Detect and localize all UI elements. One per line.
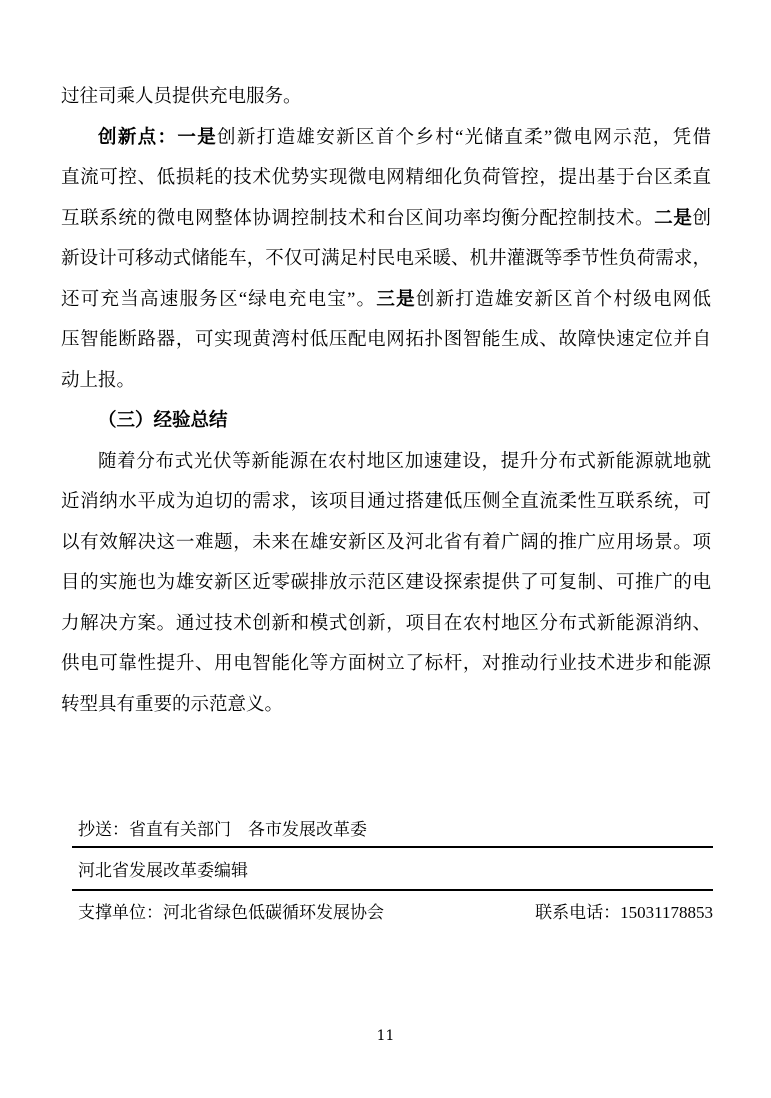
paragraph-innovation-points: 创新点：一是创新打造雄安新区首个乡村“光储直柔”微电网示范，凭借直流可控、低损耗…	[61, 118, 711, 402]
text-line: 直流可控、低损耗的技术优势实现微电网精细化负荷管控，提出基于台区柔直	[61, 158, 711, 199]
text-segment: 目的实施也为雄安新区近零碳排放示范区建设探索提供了可复制、可推广的电	[61, 573, 711, 593]
text-segment: 以有效解决这一难题，未来在雄安新区及河北省有着广阔的推广应用场景。项	[61, 533, 711, 553]
text-line: 过往司乘人员提供充电服务。	[61, 77, 711, 118]
heading-experience-summary: （三）经验总结	[61, 401, 711, 442]
text-segment: 直流可控、低损耗的技术优势实现微电网精细化负荷管控，提出基于台区柔直	[61, 168, 711, 188]
text-segment: 过往司乘人员提供充电服务。	[61, 87, 302, 107]
text-line: 目的实施也为雄安新区近零碳排放示范区建设探索提供了可复制、可推广的电	[61, 563, 711, 604]
text-segment: 创	[692, 209, 711, 229]
text-segment: 供电可靠性提升、用电智能化等方面树立了标杆，对推动行业技术进步和能源	[61, 654, 711, 674]
text-line: 互联系统的微电网整体协调控制技术和台区间功率均衡分配控制技术。二是创	[61, 199, 711, 240]
bold-text-segment: 创新点：一是	[98, 128, 217, 148]
text-segment: 创新打造雄安新区首个乡村“光储直柔”微电网示范，凭借	[217, 128, 711, 148]
text-line: （三）经验总结	[61, 401, 711, 442]
text-line: 转型具有重要的示范意义。	[61, 685, 711, 726]
footer-contact-phone-text: 联系电话：15031178853	[535, 898, 713, 923]
text-segment: 力解决方案。通过技术创新和模式创新，项目在农村地区分布式新能源消纳、	[61, 614, 711, 634]
document-footer: 抄送：省直有关部门 各市发展改革委 河北省发展改革委编辑 支撑单位：河北省绿色低…	[72, 808, 713, 929]
paragraph-experience-summary: 随着分布式光伏等新能源在农村地区加速建设，提升分布式新能源就地就近消纳水平成为迫…	[61, 442, 711, 726]
page-number: 11	[0, 1028, 771, 1044]
document-body: 过往司乘人员提供充电服务。创新点：一是创新打造雄安新区首个乡村“光储直柔”微电网…	[61, 77, 711, 725]
text-line: 创新点：一是创新打造雄安新区首个乡村“光储直柔”微电网示范，凭借	[61, 118, 711, 159]
document-page: 过往司乘人员提供充电服务。创新点：一是创新打造雄安新区首个乡村“光储直柔”微电网…	[0, 0, 771, 1098]
text-line: 力解决方案。通过技术创新和模式创新，项目在农村地区分布式新能源消纳、	[61, 604, 711, 645]
text-line: 新设计可移动式储能车，不仅可满足村民电采暖、机井灌溉等季节性负荷需求，	[61, 239, 711, 280]
text-segment: 新设计可移动式储能车，不仅可满足村民电采暖、机井灌溉等季节性负荷需求，	[61, 249, 711, 269]
footer-support-line: 支撑单位：河北省绿色低碳循环发展协会 联系电话：15031178853	[72, 891, 713, 929]
text-segment: 转型具有重要的示范意义。	[61, 695, 283, 715]
footer-editor-line: 河北省发展改革委编辑	[72, 848, 713, 891]
text-segment: 还可充当高速服务区“绿电充电宝”。	[61, 290, 376, 310]
text-line: 随着分布式光伏等新能源在农村地区加速建设，提升分布式新能源就地就	[61, 442, 711, 483]
footer-cc-line: 抄送：省直有关部门 各市发展改革委	[72, 808, 713, 848]
bold-text-segment: 二是	[654, 209, 692, 229]
text-segment: 压智能断路器，可实现黄湾村低压配电网拓扑图智能生成、故障快速定位并自	[61, 330, 711, 350]
text-segment: 互联系统的微电网整体协调控制技术和台区间功率均衡分配控制技术。	[61, 209, 654, 229]
footer-editor-text: 河北省发展改革委编辑	[78, 856, 248, 881]
text-line: 还可充当高速服务区“绿电充电宝”。三是创新打造雄安新区首个村级电网低	[61, 280, 711, 321]
text-line: 压智能断路器，可实现黄湾村低压配电网拓扑图智能生成、故障快速定位并自	[61, 320, 711, 361]
text-line: 动上报。	[61, 361, 711, 402]
text-segment: 动上报。	[61, 371, 135, 391]
text-segment: 创新打造雄安新区首个村级电网低	[416, 290, 711, 310]
text-line: 近消纳水平成为迫切的需求，该项目通过搭建低压侧全直流柔性互联系统，可	[61, 482, 711, 523]
text-line: 供电可靠性提升、用电智能化等方面树立了标杆，对推动行业技术进步和能源	[61, 644, 711, 685]
paragraph-charging-service: 过往司乘人员提供充电服务。	[61, 77, 711, 118]
bold-text-segment: 三是	[376, 290, 416, 310]
text-segment: 随着分布式光伏等新能源在农村地区加速建设，提升分布式新能源就地就	[98, 452, 711, 472]
footer-cc-text: 抄送：省直有关部门 各市发展改革委	[78, 815, 367, 840]
bold-text-segment: （三）经验总结	[98, 411, 228, 431]
footer-support-unit-text: 支撑单位：河北省绿色低碳循环发展协会	[78, 898, 384, 923]
text-segment: 近消纳水平成为迫切的需求，该项目通过搭建低压侧全直流柔性互联系统，可	[61, 492, 711, 512]
text-line: 以有效解决这一难题，未来在雄安新区及河北省有着广阔的推广应用场景。项	[61, 523, 711, 564]
